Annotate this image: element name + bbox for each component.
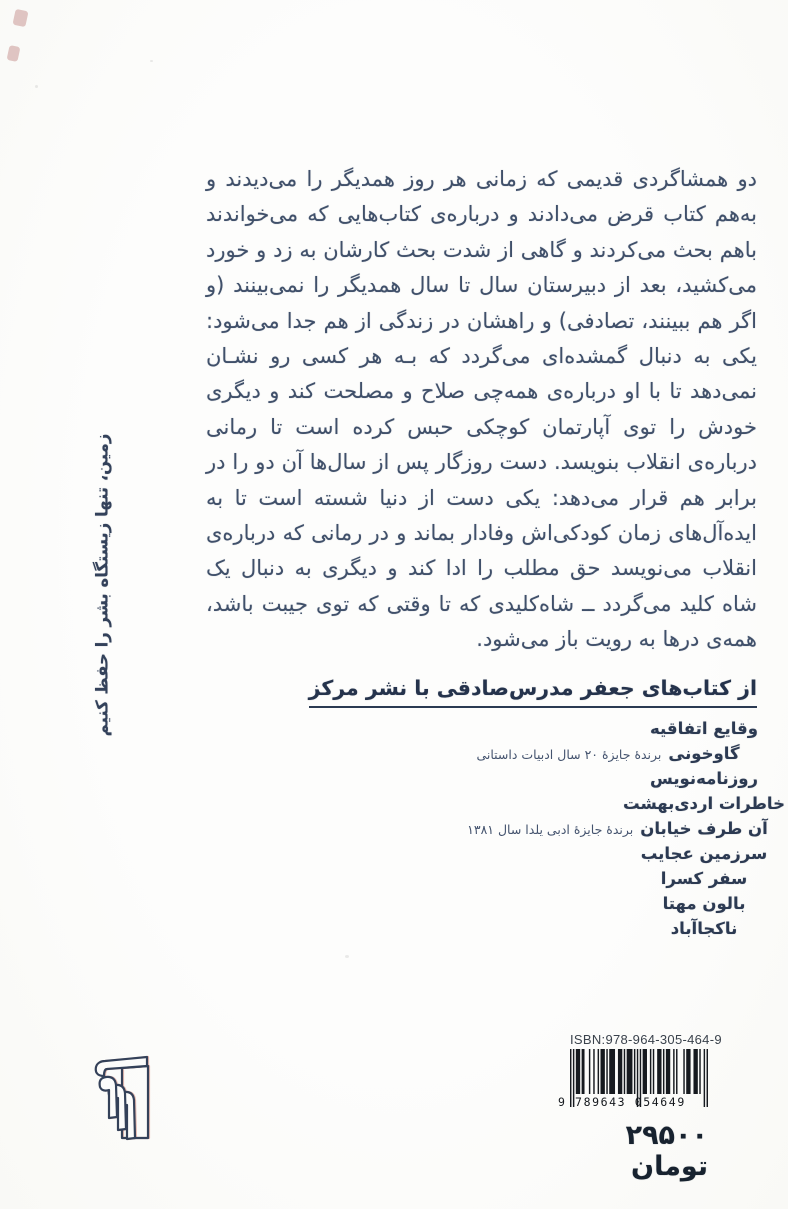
book-list-item: آن طرف خیابانبرندهٔ جایزهٔ ادبی یلدا سال… (640, 816, 768, 841)
books-list: وقایع اتفاقیهگاوخونیبرندهٔ جایزهٔ ۲۰ سال… (594, 716, 788, 941)
book-award-note: برندهٔ جایزهٔ ادبی یلدا سال ۱۳۸۱ (467, 817, 633, 842)
book-list-item: گاوخونیبرندهٔ جایزهٔ ۲۰ سال ادبیات داستا… (668, 741, 739, 766)
barcode: 9 789643 054649 (570, 1049, 708, 1107)
book-list-item: روزنامه‌نویس (650, 766, 758, 791)
book-list-item: سرزمین عجایب (641, 841, 768, 866)
book-title: سرزمین عجایب (641, 844, 768, 863)
back-cover-blurb: دو همشاگردی قدیمی که زمانی هر روز همدیگر… (206, 162, 757, 658)
book-title: ناکجاآباد (671, 919, 738, 938)
book-title: وقایع اتفاقیه (650, 719, 758, 738)
books-section-heading: از کتاب‌های جعفر مدرس‌صادقی با نشر مرکز (309, 676, 757, 708)
book-title: روزنامه‌نویس (650, 769, 758, 788)
barcode-digits: 9 789643 054649 (558, 1095, 686, 1109)
red-pen-mark (12, 9, 28, 27)
book-award-note: برندهٔ جایزهٔ ۲۰ سال ادبیات داستانی (476, 742, 661, 767)
price-label: ۲۹۵۰۰ تومان (570, 1120, 708, 1182)
book-title: سفر کسرا (661, 869, 747, 888)
book-title: آن طرف خیابان (640, 819, 768, 838)
spine-slogan: زمین، تنها زیستگاه بشر را حفظ کنیم (93, 434, 112, 737)
book-list-item: سفر کسرا (661, 866, 747, 891)
publisher-logo (92, 1054, 152, 1148)
book-title: گاوخونی (668, 744, 739, 763)
scan-speck (35, 85, 38, 88)
book-title: بالون مهتا (663, 894, 746, 913)
book-list-item: ناکجاآباد (671, 916, 738, 941)
barcode-block: ISBN:978-964-305-464-9 9 789643 054649 (570, 1032, 708, 1107)
book-list-item: بالون مهتا (663, 891, 746, 916)
scan-speck (345, 955, 349, 958)
book-list-item: وقایع اتفاقیه (650, 716, 758, 741)
isbn-label: ISBN:978-964-305-464-9 (570, 1032, 708, 1047)
book-title: خاطرات اردی‌بهشت (623, 794, 785, 813)
scan-speck (150, 60, 153, 62)
red-pen-mark (7, 45, 21, 62)
nashr-markaz-logo-icon (92, 1054, 152, 1144)
book-back-cover: زمین، تنها زیستگاه بشر را حفظ کنیم دو هم… (0, 0, 788, 1209)
book-list-item: خاطرات اردی‌بهشت (623, 791, 785, 816)
